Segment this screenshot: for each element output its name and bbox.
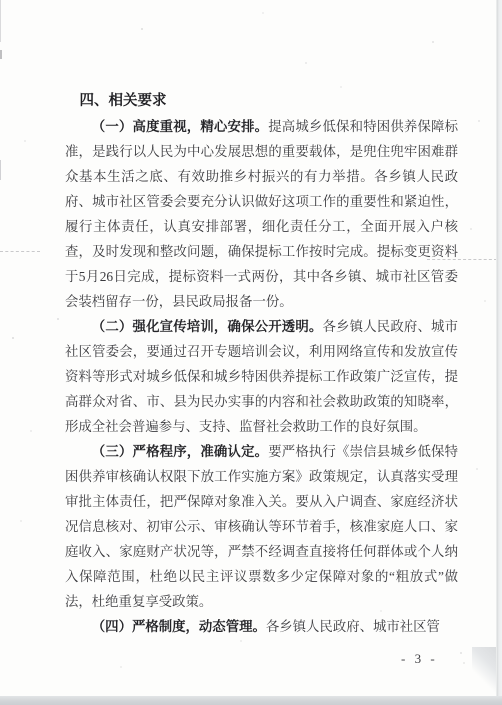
document-body: 四、相关要求 （一）高度重视，精心安排。提高城乡低保和特困供养保障标准，是践行以… — [65, 88, 458, 639]
page-number: - 3 - — [401, 651, 438, 667]
page-edge-right — [496, 0, 502, 705]
scanned-document-page: 四、相关要求 （一）高度重视，精心安排。提高城乡低保和特困供养保障标准，是践行以… — [0, 0, 502, 705]
section-heading: 四、相关要求 — [65, 88, 458, 114]
page-edge-bottom — [0, 696, 502, 705]
paragraph-1-lead: （一）高度重视，精心安排。 — [92, 119, 268, 134]
paragraph-3-lead: （三）严格程序，准确认定。 — [92, 444, 268, 459]
scan-artifact-fold-line-right — [427, 259, 497, 260]
paragraph-3-body: 要严格执行《崇信县城乡低保特困供养审核确认权限下放工作实施方案》政策规定，认真落… — [65, 444, 458, 609]
paragraph-4: （四）严格制度，动态管理。各乡镇人民政府、城市社区管 — [65, 614, 458, 639]
paragraph-1: （一）高度重视，精心安排。提高城乡低保和特困供养保障标准，是践行以人民为中心发展… — [65, 114, 458, 314]
paragraph-3: （三）严格程序，准确认定。要严格执行《崇信县城乡低保特困供养审核确认权限下放工作… — [65, 439, 458, 614]
paragraph-1-body: 提高城乡低保和特困供养保障标准，是践行以人民为中心发展思想的重要载体，是兜住兜牢… — [65, 119, 458, 309]
paragraph-2-body: 各乡镇人民政府、城市社区管委会，要通过召开专题培训会议，利用网络宣传和发放宣传资… — [65, 319, 458, 434]
scan-artifact-tick-mark-2 — [0, 160, 1, 180]
paragraph-2-lead: （二）强化宣传培训，确保公开透明。 — [92, 319, 323, 334]
scan-artifact-fold-line-left — [0, 251, 40, 252]
scan-artifact-edge-line — [0, 0, 1, 42]
paragraph-4-body: 各乡镇人民政府、城市社区管 — [266, 619, 440, 634]
scan-noise-specks — [0, 0, 2, 2]
paragraph-2: （二）强化宣传培训，确保公开透明。各乡镇人民政府、城市社区管委会，要通过召开专题… — [65, 314, 458, 439]
scan-artifact-tick-mark — [0, 50, 2, 59]
paragraph-4-lead: （四）严格制度，动态管理。 — [92, 619, 266, 634]
